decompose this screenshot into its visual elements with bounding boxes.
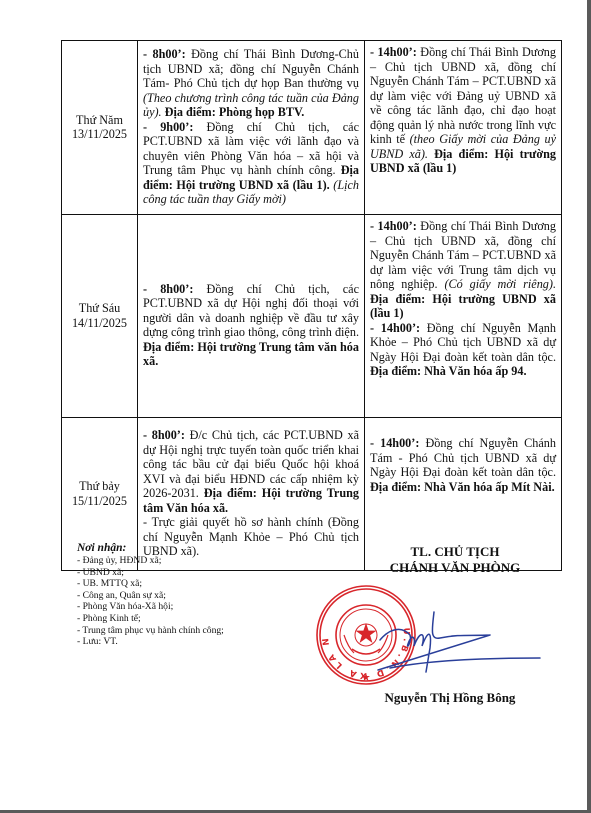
signature-line-1: TL. CHỦ TỊCH [370, 544, 540, 560]
signature-title-block: TL. CHỦ TỊCH CHÁNH VĂN PHÒNG [370, 544, 540, 575]
entry-time: - 8h00’: [143, 47, 186, 61]
recipient-item: - Lưu: VT. [77, 636, 224, 648]
entry-time: - 14h00’: [370, 436, 419, 450]
day-date: 14/11/2025 [67, 316, 132, 331]
signature-line-2: CHÁNH VĂN PHÒNG [370, 560, 540, 576]
entry-location: Địa điểm: Hội trường UBND xã (lầu 1) [370, 292, 556, 321]
entry-time: - 14h00’: [370, 45, 417, 59]
recipients-title: Nơi nhận: [77, 542, 224, 555]
schedule-entry: - 8h00’: Đồng chí Chủ tịch, các PCT.UBND… [143, 282, 359, 369]
entry-time: - 14h00’: [370, 219, 417, 233]
entry-time: - 8h00’: [143, 282, 193, 296]
entry-time: - 9h00’: [143, 120, 193, 134]
entry-text: Đồng chí Thái Bình Dương – Chủ tịch UBND… [370, 45, 556, 146]
schedule-entry: - 14h00’: Đồng chí Nguyễn Mạnh Khỏe – Ph… [370, 321, 556, 379]
morning-cell: - 8h00’: Đồng chí Thái Bình Dương-Chủ tị… [138, 41, 365, 215]
recipient-item: - Công an, Quân sự xã; [77, 590, 224, 602]
afternoon-cell: - 14h00’: Đồng chí Thái Bình Dương – Chủ… [365, 41, 562, 215]
recipient-item: - Phòng Kinh tế; [77, 613, 224, 625]
schedule-entry: - 9h00’: Đồng chí Chủ tịch, các PCT.UBND… [143, 120, 359, 207]
recipient-item: - UBND xã; [77, 567, 224, 579]
handwritten-signature-icon [370, 600, 570, 680]
entry-location: Địa điểm: Nhà Văn hóa ấp 94. [370, 364, 527, 378]
entry-location: Địa điểm: Hội trường Trung tâm văn hóa x… [143, 340, 359, 369]
recipient-item: - Phòng Văn hóa-Xã hội; [77, 601, 224, 613]
afternoon-cell: - 14h00’: Đồng chí Thái Bình Dương – Chủ… [365, 215, 562, 418]
entry-time: - 8h00’: [143, 428, 185, 442]
day-cell: Thứ Năm13/11/2025 [62, 41, 138, 215]
page-frame-right [587, 0, 591, 813]
entry-time: - 14h00’: [370, 321, 420, 335]
day-name: Thứ Năm [67, 113, 132, 128]
day-cell: Thứ Sáu14/11/2025 [62, 215, 138, 418]
morning-cell: - 8h00’: Đồng chí Chủ tịch, các PCT.UBND… [138, 215, 365, 418]
recipient-item: - UB. MTTQ xã; [77, 578, 224, 590]
recipients-block: Nơi nhận: - Đảng ủy, HĐND xã;- UBND xã;-… [77, 542, 224, 648]
schedule-entry: - 8h00’: Đ/c Chủ tịch, các PCT.UBND xã d… [143, 428, 359, 515]
day-date: 13/11/2025 [67, 127, 132, 142]
schedule-entry: - 14h00’: Đồng chí Thái Bình Dương – Chủ… [370, 45, 556, 176]
schedule-row: Thứ Năm13/11/2025- 8h00’: Đồng chí Thái … [62, 41, 562, 215]
recipients-list: - Đảng ủy, HĐND xã;- UBND xã;- UB. MTTQ … [77, 555, 224, 648]
schedule-entry: - 14h00’: Đồng chí Thái Bình Dương – Chủ… [370, 219, 556, 321]
recipient-item: - Đảng ủy, HĐND xã; [77, 555, 224, 567]
schedule-table: Thứ Năm13/11/2025- 8h00’: Đồng chí Thái … [61, 40, 562, 571]
schedule-entry: - 8h00’: Đồng chí Thái Bình Dương-Chủ tị… [143, 47, 359, 120]
entry-location: Địa điểm: Phòng họp BTV. [162, 105, 305, 119]
signer-name: Nguyễn Thị Hồng Bông [330, 690, 570, 706]
recipient-item: - Trung tâm phục vụ hành chính công; [77, 625, 224, 637]
schedule-entry: - 14h00’: Đồng chí Nguyễn Chánh Tám - Ph… [370, 436, 556, 494]
schedule-row: Thứ Sáu14/11/2025- 8h00’: Đồng chí Chủ t… [62, 215, 562, 418]
day-name: Thứ bảy [67, 479, 132, 494]
entry-note: (Có giấy mời riêng). [444, 277, 556, 291]
day-date: 15/11/2025 [67, 494, 132, 509]
entry-location: Địa điểm: Nhà Văn hóa ấp Mít Nài. [370, 480, 555, 494]
day-name: Thứ Sáu [67, 301, 132, 316]
